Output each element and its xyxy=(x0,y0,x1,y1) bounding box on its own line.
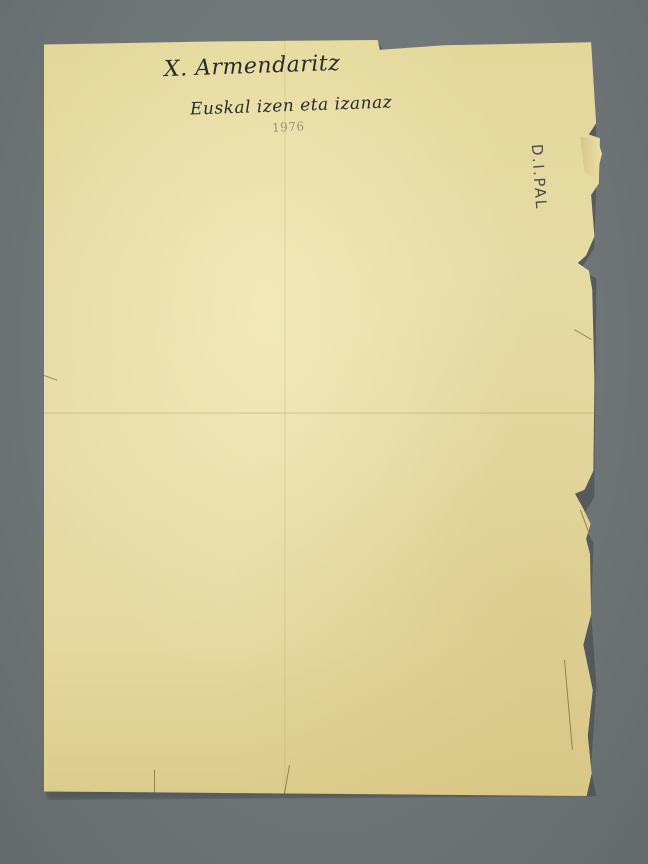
manila-paper-cover: X. Armendaritz Euskal izen eta izanaz 19… xyxy=(44,40,600,796)
right-edge-tear-1 xyxy=(574,329,592,340)
pencil-year: 1976 xyxy=(272,119,305,135)
bottom-tear-1 xyxy=(154,770,155,796)
handwritten-title: Euskal izen eta izanaz xyxy=(190,92,393,119)
left-edge-tear xyxy=(44,375,57,381)
photo-stage: X. Armendaritz Euskal izen eta izanaz 19… xyxy=(0,0,648,864)
horizontal-crease xyxy=(44,412,600,414)
vertical-crease xyxy=(284,40,286,796)
vertical-side-note: D.I.PAL xyxy=(528,143,551,210)
handwritten-author: X. Armendaritz xyxy=(164,51,341,82)
right-edge-tear-3 xyxy=(564,660,573,750)
